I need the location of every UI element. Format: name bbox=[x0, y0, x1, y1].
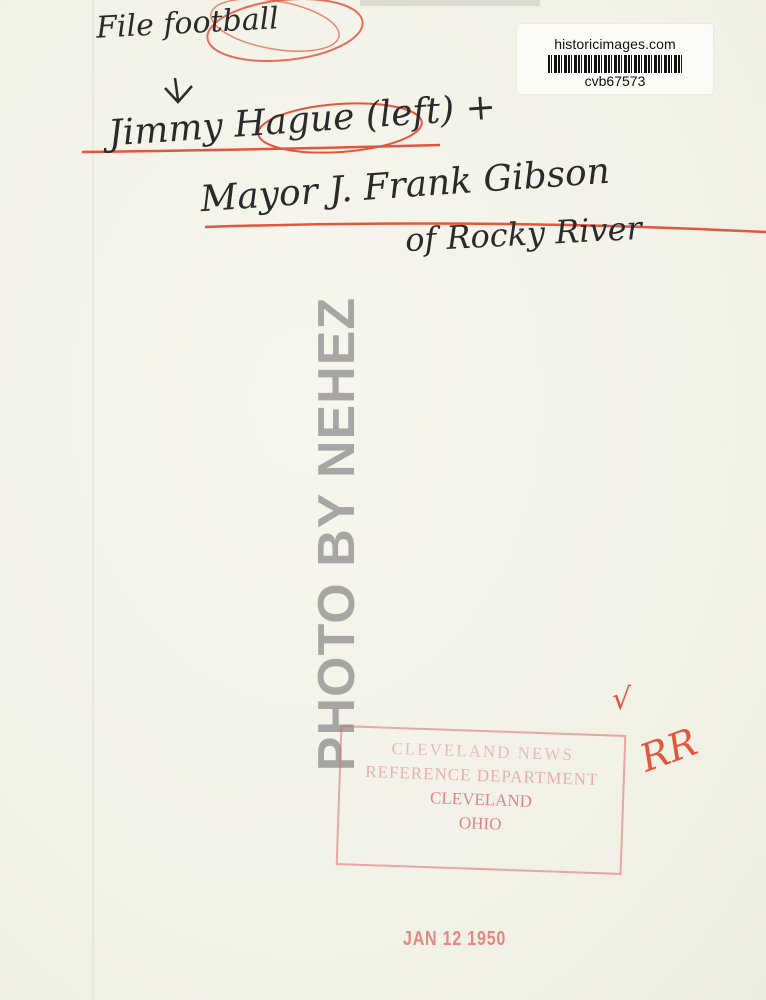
barcode-label: historicimages.com cvb67573 bbox=[517, 24, 713, 94]
handwritten-mayor-line: Mayor J. Frank Gibson bbox=[199, 151, 611, 221]
top-tape-residue bbox=[360, 0, 540, 6]
handwritten-name-line: Jimmy Hague (left) + bbox=[107, 87, 497, 155]
check-mark-icon: √ bbox=[612, 682, 631, 717]
date-stamp: JAN 12 1950 bbox=[403, 928, 506, 951]
photo-credit-stamp: PHOTO BY NEHEZ bbox=[305, 358, 369, 710]
initials-note: RR bbox=[634, 720, 703, 781]
photo-back-page: historicimages.com cvb67573 File footbal… bbox=[0, 0, 766, 1000]
label-site: historicimages.com bbox=[517, 36, 713, 52]
label-code: cvb67573 bbox=[517, 73, 713, 89]
handwritten-file-note: File football bbox=[95, 1, 279, 46]
handwritten-location-line: of Rocky River bbox=[404, 209, 643, 259]
barcode-icon bbox=[548, 55, 682, 73]
paper-edge bbox=[92, 0, 94, 1000]
reference-department-stamp: CLEVELAND NEWS REFERENCE DEPARTMENT CLEV… bbox=[336, 725, 627, 875]
photo-credit-text: PHOTO BY NEHEZ bbox=[307, 297, 367, 771]
